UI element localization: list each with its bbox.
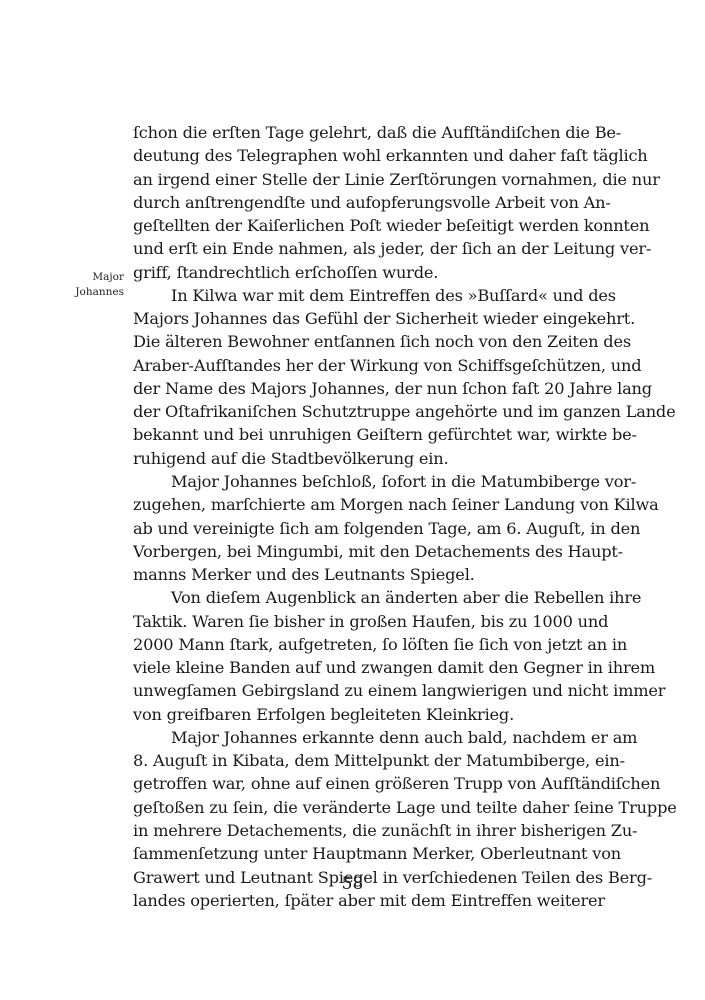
text-line: zugehen, marſchierte am Morgen nach ſein…	[133, 493, 598, 516]
text-line: In Kilwa war mit dem Eintreffen des »Buſ…	[133, 284, 598, 307]
text-line: Major Johannes erkannte denn auch bald, …	[133, 726, 598, 749]
text-line: Majors Johannes das Gefühl der Sicherhei…	[133, 307, 598, 330]
text-line: an irgend einer Stelle der Linie Zerſtör…	[133, 168, 598, 191]
text-line: geſtellten der Kaiſerlichen Poſt wieder …	[133, 214, 598, 237]
text-line: 8. Auguſt in Kibata, dem Mittelpunkt der…	[133, 749, 598, 772]
margin-note: Major Johannes	[60, 270, 124, 300]
text-line: bekannt und bei unruhigen Geiſtern gefür…	[133, 423, 598, 446]
text-line: durch anſtrengendſte und aufopferungsvol…	[133, 191, 598, 214]
text-line: ſammenſetzung unter Hauptmann Merker, Ob…	[133, 842, 598, 865]
text-line: Taktik. Waren ſie bisher in großen Haufe…	[133, 610, 598, 633]
text-line: geſtoßen zu ſein, die veränderte Lage un…	[133, 796, 598, 819]
body-text: ſchon die erſten Tage gelehrt, daß die A…	[133, 121, 598, 912]
text-line: 2000 Mann ſtark, aufgetreten, ſo löſten …	[133, 633, 598, 656]
text-line: viele kleine Banden auf und zwangen dami…	[133, 656, 598, 679]
margin-note-line: Major	[60, 270, 124, 285]
text-line: ſchon die erſten Tage gelehrt, daß die A…	[133, 121, 598, 144]
text-line: Major Johannes beſchloß, ſofort in die M…	[133, 470, 598, 493]
text-line: Von dieſem Augenblick an änderten aber d…	[133, 586, 598, 609]
text-line: ab und vereinigte ſich am folgenden Tage…	[133, 517, 598, 540]
text-line: unwegſamen Gebirgsland zu einem langwier…	[133, 679, 598, 702]
text-line: der Name des Majors Johannes, der nun ſc…	[133, 377, 598, 400]
text-line: in mehrere Detachements, die zunächſt in…	[133, 819, 598, 842]
text-line: und erſt ein Ende nahmen, als jeder, der…	[133, 237, 598, 260]
text-line: getroffen war, ohne auf einen größeren T…	[133, 772, 598, 795]
text-line: der Oſtafrikaniſchen Schutztruppe angehö…	[133, 400, 598, 423]
text-line: Vorbergen, bei Mingumbi, mit den Detache…	[133, 540, 598, 563]
text-line: griff, ſtandrechtlich erſchoſſen wurde.	[133, 261, 598, 284]
text-line: Araber-Aufſtandes her der Wirkung von Sc…	[133, 354, 598, 377]
text-line: deutung des Telegraphen wohl erkannten u…	[133, 144, 598, 167]
text-line: ruhigend auf die Stadtbevölkerung ein.	[133, 447, 598, 470]
text-line: manns Merker und des Leutnants Spiegel.	[133, 563, 598, 586]
text-line: Die älteren Bewohner entſannen ſich noch…	[133, 330, 598, 353]
margin-note-line: Johannes	[60, 285, 124, 300]
text-line: von greifbaren Erfolgen begleiteten Klei…	[133, 703, 598, 726]
page-number: 58	[0, 874, 705, 894]
